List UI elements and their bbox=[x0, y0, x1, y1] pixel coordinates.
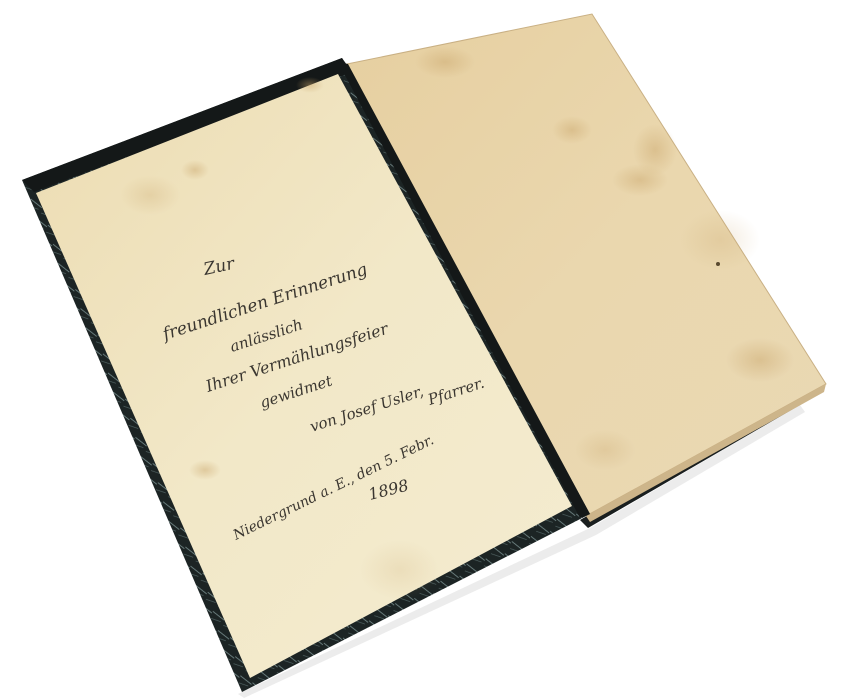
book-photo: Zur freundlichen Erinnerung anlässlich I… bbox=[0, 0, 846, 700]
